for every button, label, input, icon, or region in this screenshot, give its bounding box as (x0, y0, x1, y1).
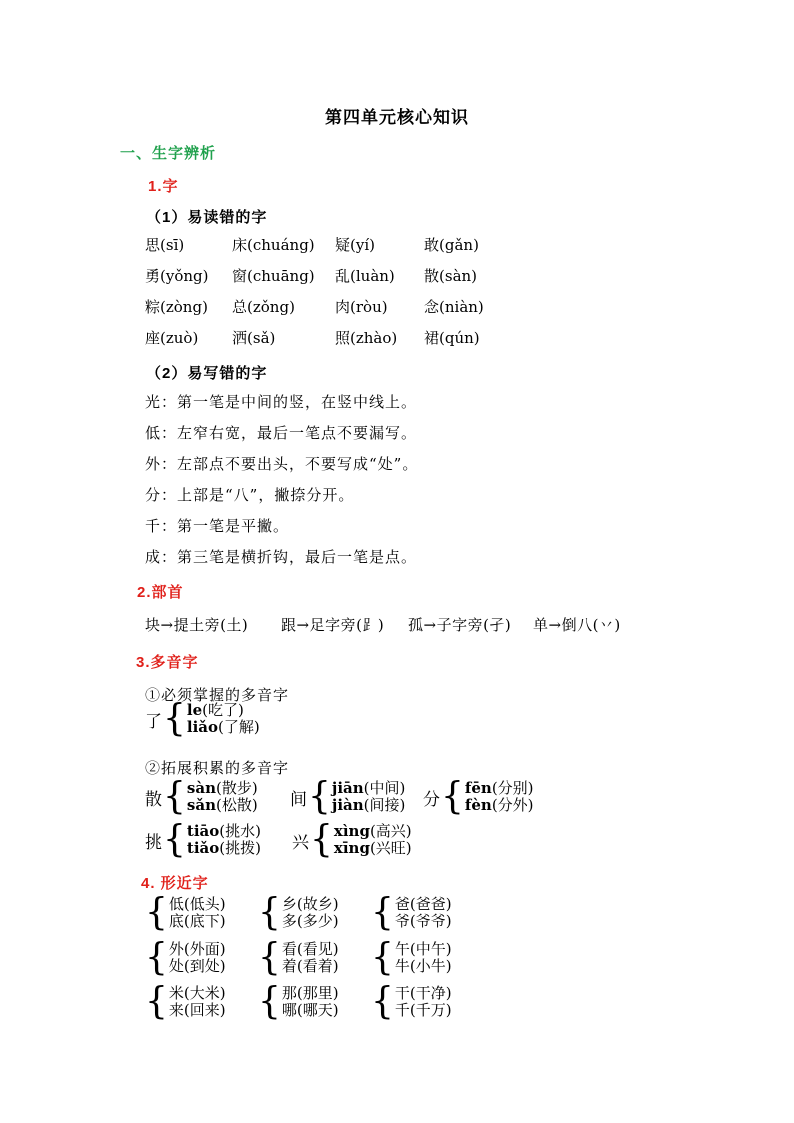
pair-line: 牛(小牛) (395, 958, 452, 975)
reading-line: jiān(中间) (332, 780, 405, 797)
example-word: (分别) (492, 779, 534, 797)
hanzi: 窗 (232, 267, 247, 285)
document-page: 第四单元核心知识 一、生字辨析 1.字 （1）易读错的字 思(sī) 床(chu… (0, 0, 794, 1123)
example-word: (分外) (492, 796, 534, 814)
pinyin: xìng (334, 822, 370, 840)
pinyin: sǎn (187, 796, 216, 814)
pair-line: 米(大米) (169, 985, 226, 1002)
pair-lines: 午(中午) 牛(小牛) (395, 941, 452, 975)
brace-glyph: { (371, 984, 394, 1020)
brace-glyph: { (163, 779, 186, 815)
stroke-rule-line: 光：第一笔是中间的竖，在竖中线上。 (145, 387, 418, 418)
pair-lines: 看(看见) 着(看着) (282, 941, 339, 975)
similar-pair-group: { 看(看见) 着(看着) (258, 941, 339, 975)
example-word: (吃了) (202, 701, 244, 719)
stroke-rule-line: 低：左窄右宽，最后一笔点不要漏写。 (145, 418, 418, 449)
pinyin: (gǎn) (439, 236, 479, 254)
hanzi: 散 (424, 267, 439, 285)
similar-pair-group: { 低(低头) 底(底下) (145, 896, 226, 930)
pair-line: 爸(爸爸) (395, 896, 452, 913)
char-pinyin-cell: 裙(qún) (424, 330, 514, 346)
example-word: (中间) (364, 779, 406, 797)
brace-glyph: { (145, 940, 168, 976)
hanzi: 敢 (424, 236, 439, 254)
pair-lines: 低(低头) 底(底下) (169, 896, 226, 930)
char-pinyin-cell: 敢(gǎn) (424, 237, 514, 253)
radical-item: 跟→足字旁(⻊) (281, 614, 384, 635)
subheading-bushou: 2.部首 (137, 581, 184, 602)
hanzi: 思 (145, 236, 160, 254)
similar-pair-group: { 乡(故乡) 多(多少) (258, 896, 339, 930)
pinyin: tiǎo (187, 839, 219, 857)
polyphone-char: 了 (145, 707, 162, 732)
reading-line: xīng(兴旺) (334, 840, 412, 857)
stroke-rules-list: 光：第一笔是中间的竖，在竖中线上。 低：左窄右宽，最后一笔点不要漏写。 外：左部… (145, 387, 418, 573)
char-pinyin-cell: 乱(luàn) (335, 268, 424, 284)
brace-glyph: { (310, 822, 333, 858)
hanzi: 肉 (335, 298, 350, 316)
brace-glyph: { (258, 940, 281, 976)
hanzi: 念 (424, 298, 439, 316)
char-pinyin-cell: 窗(chuāng) (232, 268, 335, 284)
example-word: (间接) (364, 796, 406, 814)
pinyin: tiāo (187, 822, 219, 840)
pair-line: 着(看着) (282, 958, 339, 975)
example-word: (挑水) (219, 822, 261, 840)
pinyin: le (187, 701, 202, 719)
stroke-rule-line: 千：第一笔是平撇。 (145, 511, 418, 542)
pinyin: fèn (465, 796, 492, 814)
example-word: (散步) (216, 779, 258, 797)
pinyin: (sàn) (439, 267, 477, 285)
polyphone-readings: le(吃了) liǎo(了解) (187, 702, 260, 736)
reading-line: fèn(分外) (465, 797, 534, 814)
pinyin: (ròu) (350, 298, 388, 316)
hanzi: 乱 (335, 267, 350, 285)
pinyin: (sǎ) (247, 329, 275, 347)
reading-line: sàn(散步) (187, 780, 258, 797)
polyphone-group-le: 了 { le(吃了) liǎo(了解) (145, 702, 260, 736)
pinyin: (chuáng) (247, 236, 315, 254)
pair-line: 那(那里) (282, 985, 339, 1002)
polyphone-char: 间 (290, 785, 307, 810)
polyphone-group-fen: 分 { fēn(分别) fèn(分外) (423, 780, 534, 814)
char-pinyin-cell: 床(chuáng) (232, 237, 335, 253)
hanzi: 粽 (145, 298, 160, 316)
pinyin: jiān (332, 779, 364, 797)
section-heading-shengzi-bianxi: 一、生字辨析 (120, 142, 216, 163)
brace-glyph: { (145, 895, 168, 931)
similar-pair-group: { 米(大米) 来(回来) (145, 985, 226, 1019)
char-pinyin-cell: 总(zǒng) (232, 299, 335, 315)
hanzi: 床 (232, 236, 247, 254)
hanzi: 裙 (424, 329, 439, 347)
brace-glyph: { (163, 822, 186, 858)
similar-pair-group: { 干(干净) 千(千万) (371, 985, 452, 1019)
polyphone-group-xing: 兴 { xìng(高兴) xīng(兴旺) (292, 823, 412, 857)
pair-line: 底(底下) (169, 913, 226, 930)
brace-glyph: { (145, 984, 168, 1020)
misread-chars-table: 思(sī) 床(chuáng) 疑(yí) 敢(gǎn) 勇(yǒng) 窗(c… (145, 237, 514, 346)
pinyin: xīng (334, 839, 370, 857)
brace-glyph: { (163, 701, 186, 737)
reading-line: sǎn(松散) (187, 797, 258, 814)
char-pinyin-cell: 勇(yǒng) (145, 268, 232, 284)
similar-pair-group: { 外(外面) 处(到处) (145, 941, 226, 975)
polyphone-readings: jiān(中间) jiàn(间接) (332, 780, 405, 814)
polyphone-char: 挑 (145, 828, 162, 853)
subheading-xingjinzi: 4. 形近字 (141, 872, 209, 893)
polyphone-group-tiao: 挑 { tiāo(挑水) tiǎo(挑拨) (145, 823, 261, 857)
reading-line: liǎo(了解) (187, 719, 260, 736)
radical-item: 单→倒八(丷) (533, 614, 621, 635)
polyphone-readings: xìng(高兴) xīng(兴旺) (334, 823, 412, 857)
pinyin: (yí) (350, 236, 375, 254)
pair-lines: 干(干净) 千(千万) (395, 985, 452, 1019)
pinyin: (zòng) (160, 298, 208, 316)
pair-line: 哪(哪天) (282, 1002, 339, 1019)
example-word: (挑拨) (219, 839, 261, 857)
pair-line: 处(到处) (169, 958, 226, 975)
polyphone-readings: tiāo(挑水) tiǎo(挑拨) (187, 823, 261, 857)
reading-line: tiāo(挑水) (187, 823, 261, 840)
char-pinyin-cell: 洒(sǎ) (232, 330, 335, 346)
pair-line: 看(看见) (282, 941, 339, 958)
polyphone-group-jian: 间 { jiān(中间) jiàn(间接) (290, 780, 405, 814)
pinyin: (niàn) (439, 298, 484, 316)
pair-line: 爷(爷爷) (395, 913, 452, 930)
polyphone-char: 散 (145, 785, 162, 810)
pinyin: liǎo (187, 718, 218, 736)
reading-line: jiàn(间接) (332, 797, 405, 814)
pinyin: jiàn (332, 796, 364, 814)
brace-glyph: { (258, 984, 281, 1020)
pinyin: fēn (465, 779, 492, 797)
brace-glyph: { (371, 895, 394, 931)
pinyin: (chuāng) (247, 267, 315, 285)
pinyin: (zuò) (160, 329, 198, 347)
char-pinyin-cell: 肉(ròu) (335, 299, 424, 315)
pair-lines: 乡(故乡) 多(多少) (282, 896, 339, 930)
polyphone-char: 分 (423, 785, 440, 810)
pair-lines: 外(外面) 处(到处) (169, 941, 226, 975)
heading-easy-miswrite: （2）易写错的字 (146, 362, 267, 383)
pinyin: sàn (187, 779, 216, 797)
hanzi: 照 (335, 329, 350, 347)
reading-line: xìng(高兴) (334, 823, 412, 840)
pair-lines: 那(那里) 哪(哪天) (282, 985, 339, 1019)
heading-easy-misread: （1）易读错的字 (146, 206, 267, 227)
hanzi: 洒 (232, 329, 247, 347)
pair-line: 午(中午) (395, 941, 452, 958)
radical-item: 块→提土旁(土) (145, 614, 248, 635)
pair-line: 来(回来) (169, 1002, 226, 1019)
polyphone-group-san: 散 { sàn(散步) sǎn(松散) (145, 780, 258, 814)
pinyin: (zhào) (350, 329, 397, 347)
pair-lines: 米(大米) 来(回来) (169, 985, 226, 1019)
subheading-zi: 1.字 (148, 175, 179, 196)
pinyin: (qún) (439, 329, 480, 347)
hanzi: 疑 (335, 236, 350, 254)
similar-pair-group: { 那(那里) 哪(哪天) (258, 985, 339, 1019)
page-title: 第四单元核心知识 (0, 103, 794, 128)
hanzi: 座 (145, 329, 160, 347)
polyphone-readings: sàn(散步) sǎn(松散) (187, 780, 258, 814)
char-pinyin-cell: 念(niàn) (424, 299, 514, 315)
radical-line: 块→提土旁(土) 跟→足字旁(⻊) 孤→子字旁(孑) 单→倒八(丷) (0, 614, 794, 642)
subheading-duoyinzi: 3.多音字 (136, 651, 199, 672)
pair-line: 多(多少) (282, 913, 339, 930)
pair-line: 外(外面) (169, 941, 226, 958)
pair-lines: 爸(爸爸) 爷(爷爷) (395, 896, 452, 930)
pair-line: 干(干净) (395, 985, 452, 1002)
stroke-rule-line: 分：上部是“八”，撇捺分开。 (145, 480, 418, 511)
stroke-rule-line: 成：第三笔是横折钩，最后一笔是点。 (145, 542, 418, 573)
char-pinyin-cell: 粽(zòng) (145, 299, 232, 315)
example-word: (了解) (218, 718, 260, 736)
radical-item: 孤→子字旁(孑) (408, 614, 511, 635)
brace-glyph: { (308, 779, 331, 815)
pinyin: (yǒng) (160, 267, 208, 285)
char-pinyin-cell: 照(zhào) (335, 330, 424, 346)
pair-line: 低(低头) (169, 896, 226, 913)
example-word: (松散) (216, 796, 258, 814)
polyphone-char: 兴 (292, 828, 309, 853)
example-word: (兴旺) (370, 839, 412, 857)
reading-line: tiǎo(挑拨) (187, 840, 261, 857)
pair-line: 千(千万) (395, 1002, 452, 1019)
reading-line: fēn(分别) (465, 780, 534, 797)
brace-glyph: { (258, 895, 281, 931)
pinyin: (zǒng) (247, 298, 295, 316)
reading-line: le(吃了) (187, 702, 260, 719)
example-word: (高兴) (370, 822, 412, 840)
pair-line: 乡(故乡) (282, 896, 339, 913)
hanzi: 勇 (145, 267, 160, 285)
similar-pair-group: { 爸(爸爸) 爷(爷爷) (371, 896, 452, 930)
similar-pair-group: { 午(中午) 牛(小牛) (371, 941, 452, 975)
char-pinyin-cell: 思(sī) (145, 237, 232, 253)
brace-glyph: { (441, 779, 464, 815)
polyphone-readings: fēn(分别) fèn(分外) (465, 780, 534, 814)
char-pinyin-cell: 座(zuò) (145, 330, 232, 346)
char-pinyin-cell: 疑(yí) (335, 237, 424, 253)
stroke-rule-line: 外：左部点不要出头，不要写成“处”。 (145, 449, 418, 480)
pinyin: (luàn) (350, 267, 395, 285)
char-pinyin-cell: 散(sàn) (424, 268, 514, 284)
hanzi: 总 (232, 298, 247, 316)
brace-glyph: { (371, 940, 394, 976)
pinyin: (sī) (160, 236, 184, 254)
